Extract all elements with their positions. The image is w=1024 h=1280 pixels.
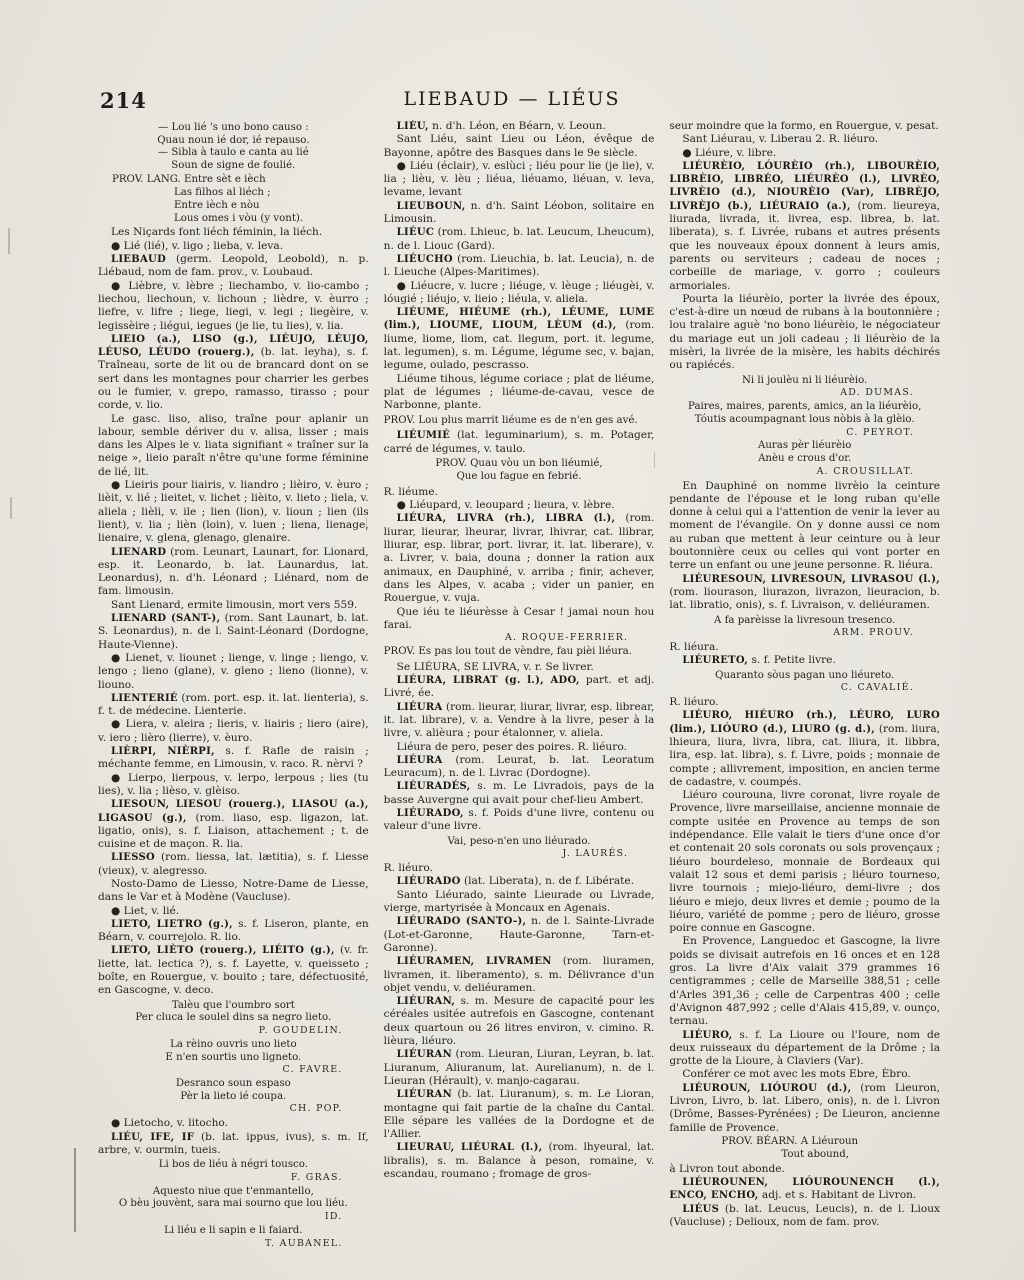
verse-quote: — Lou lié 's uno bono causo : Quau noun … <box>98 122 369 173</box>
cross-reference-paragraph: ● Liéucre, v. lucre ; liéuge, v. lèuge ;… <box>384 280 655 307</box>
cross-reference-paragraph: ● Lieiris pour liairis, v. liandro ; liè… <box>98 479 369 545</box>
headword: LIÉUS <box>682 1204 719 1215</box>
dictionary-entry: LIÉURAN (rom. Lieuran, Liuran, Leyran, b… <box>384 1048 655 1088</box>
quote-attribution: C. PEYROT. <box>669 427 940 439</box>
dictionary-entry: LIÉURA (rom. Leurat, b. lat. Leoratum Le… <box>384 754 655 781</box>
text-paragraph: En Dauphiné on nomme livrèio la ceinture… <box>669 480 940 573</box>
verse-quote: Li liéu e li sapin e li faiard. <box>98 1225 369 1238</box>
dictionary-entry: LIEUBOUN, n. d'h. Saint Léobon, solitair… <box>384 200 655 227</box>
headword: LIÉURADÉS, <box>397 781 471 792</box>
headword: LIEBAUD <box>111 254 166 265</box>
quote-attribution: C. CAVALIÉ. <box>669 682 940 694</box>
text-paragraph: Sant Liéurau, v. Liberau 2. R. liéuro. <box>669 133 940 146</box>
headword: LIÉURAMEN, LIVRAMEN <box>397 956 552 967</box>
scan-artifact <box>366 517 367 531</box>
dictionary-entry: LIEIO (a.), LISO (g.), LIÉUJO, LÉUJO, LÉ… <box>98 333 369 413</box>
headword: LIÉURAN <box>397 1089 452 1100</box>
cross-reference-paragraph: ● Liéu (éclair), v. eslùci ; liéu pour l… <box>384 160 655 200</box>
headword: LIÉUC <box>397 227 435 238</box>
quote-attribution: T. AUBANEL. <box>98 1238 369 1250</box>
running-header: 214 LIEBAUD — LIÉUS <box>0 88 1024 118</box>
headword: LIÉUCHO <box>397 254 453 265</box>
dictionary-entry: LIÉURA, LIBRAT (g. l.), ADO, part. et ad… <box>384 674 655 701</box>
verse-quote: Talèu que l'oumbro sort Per cluca le sou… <box>98 1000 369 1025</box>
headword: LIÉURA, LIVRA (rh.), LIBRA (l.), <box>397 513 616 524</box>
dictionary-entry: LIÉU, IFE, IF (b. lat. ippus, ivus), s. … <box>98 1131 369 1158</box>
dictionary-entry: LIESOUN, LIESOU (rouerg.), LIASOU (a.), … <box>98 798 369 851</box>
cross-reference-paragraph: ● Lietocho, v. litocho. <box>98 1117 369 1130</box>
text-columns: — Lou lié 's uno bono causo : Quau noun … <box>98 120 940 1270</box>
dictionary-entry: LIETO, LIETRO (g.), s. f. Liseron, plant… <box>98 918 369 945</box>
dictionary-entry: LIÉURADO, s. f. Poids d'une livre, conte… <box>384 807 655 834</box>
headword: LIÉURA <box>397 755 443 766</box>
dictionary-entry: LIÉURA (rom. lieurar, liurar, livrar, es… <box>384 701 655 741</box>
dictionary-entry: LIÉURO, HIÉURO (rh.), LÉURO, LURO (lim.)… <box>669 709 940 789</box>
continuation-paragraph: seur moindre que la formo, en Rouergue, … <box>669 120 940 133</box>
cross-reference-paragraph: ● Liéure, v. libre. <box>669 147 940 160</box>
dictionary-entry: LIEBAUD (germ. Leopold, Leobold), n. p. … <box>98 253 369 280</box>
text-paragraph: Les Niçards font liéch féminin, la liéch… <box>98 226 369 239</box>
etymology-reference: R. liéuro. <box>669 696 940 709</box>
quote-attribution: A. CROUSILLAT. <box>669 466 940 478</box>
dictionary-entry: LIÈRPI, NIÈRPI, s. f. Rafle de raisin ; … <box>98 745 369 772</box>
headword: LIÉURESOUN, LIVRESOUN, LIVRASOU (l.), <box>682 574 940 585</box>
cross-reference-paragraph: ● Lièbre, v. lèbre ; liechambo, v. lio-c… <box>98 280 369 333</box>
verse-quote: A fa parèisse la livresoun tresenco. <box>669 615 940 628</box>
headword: LIENARD (SANT-), <box>111 613 220 624</box>
dictionary-entry: LIÉUC (rom. Lhieuc, b. lat. Leucum, Lheu… <box>384 226 655 253</box>
proverb: PROV. Es pas lou tout de vèndre, fau piè… <box>384 646 655 659</box>
etymology-reference: R. liéuro. <box>384 862 655 875</box>
proverb-bearn: PROV. BÉARN. A Liéuroun Tout abound, <box>669 1136 940 1162</box>
verse-quote: Desranco soun espaso Pèr la lieto ié cou… <box>98 1078 369 1103</box>
dictionary-entry: LIÉUROUNEN, LIÓUROUNENCH (l.), ENCO, ENC… <box>669 1176 940 1203</box>
headword: LIÉURO, HIÉURO (rh.), LÉURO, LURO (lim.)… <box>669 710 940 734</box>
verse-quote: Quaranto sòus pagan uno liéureto. <box>669 670 940 683</box>
scan-artifact <box>8 228 10 254</box>
dictionary-entry: LIENARD (SANT-), (rom. Sant Launart, b. … <box>98 612 369 652</box>
cross-reference-paragraph: ● Lierpo, lierpous, v. lerpo, lerpous ; … <box>98 772 369 799</box>
headword: LIÉURADO (SANTO-), <box>397 916 527 927</box>
headword: LIÉUMIÉ <box>397 430 451 441</box>
quote-attribution: CH. POP. <box>98 1103 369 1115</box>
text-paragraph: Liéuro courouna, livre coronat, livre ro… <box>669 789 940 935</box>
page-number: 214 <box>100 88 147 113</box>
headword: LIÉU, IFE, IF <box>111 1132 194 1143</box>
page-title: LIEBAUD — LIÉUS <box>0 88 1024 110</box>
dictionary-entry: LIETO, LIÈTO (rouerg.), LIÉITO (g.), (v.… <box>98 944 369 997</box>
dictionary-entry: LIÉURAN, s. m. Mesure de capacité pour l… <box>384 995 655 1048</box>
scan-artifact <box>10 497 12 519</box>
dictionary-entry: LIÉURESOUN, LIVRESOUN, LIVRASOU (l.), (r… <box>669 573 940 613</box>
dictionary-entry: LIÉU, n. d'h. Léon, en Béarn, v. Leoun. <box>384 120 655 133</box>
text-paragraph: Que iéu te liéurèsse à Cesar ! jamai nou… <box>384 606 655 633</box>
dictionary-entry: LIÉURAN (b. lat. Liuranum), s. m. Le Lio… <box>384 1088 655 1141</box>
text-paragraph: Santo Liéurado, sainte Lieurade ou Livra… <box>384 889 655 916</box>
headword: LIETO, LIÈTO (rouerg.), LIÉITO (g.), <box>111 945 335 956</box>
headword: LIÉURETO, <box>682 655 748 666</box>
text-paragraph: Liéura de pero, peser des poires. R. lié… <box>384 741 655 754</box>
scan-artifact <box>654 452 655 468</box>
dictionary-entry: LIÉURETO, s. f. Petite livre. <box>669 654 940 667</box>
headword: LIÈRPI, NIÈRPI, <box>111 746 215 757</box>
quote-attribution: ARM. PROUV. <box>669 627 940 639</box>
headword: LIESSO <box>111 852 155 863</box>
headword: LIÉURAN <box>397 1049 452 1060</box>
cross-reference-paragraph: ● Lienet, v. liounet ; lienge, v. linge … <box>98 652 369 692</box>
proverb: PROV. Lou plus marrit liéume es de n'en … <box>384 415 655 428</box>
verse-quote: Ni li joulèu ni li liéurèio. <box>669 375 940 388</box>
headword: LIÉU, <box>397 121 429 132</box>
headword: LIENARD <box>111 547 166 558</box>
headword: LIÉUME, HIÉUME (rh.), LÉUME, LUME (lim.)… <box>384 307 655 331</box>
headword: LIÉURADO, <box>397 808 464 819</box>
headword: LIÉURAN, <box>397 996 456 1007</box>
dictionary-entry: LIÉUCHO (rom. Lieuchia, b. lat. Leucia),… <box>384 253 655 280</box>
dictionary-entry: LIÉURADO (lat. Liberata), n. de f. Libér… <box>384 875 655 888</box>
text-paragraph: Conférer ce mot avec les mots Ebre, Èbro… <box>669 1068 940 1081</box>
headword: LIÉURADO <box>397 876 461 887</box>
dictionary-entry: LIÉURADO (SANTO-), n. de l. Sainte-Livra… <box>384 915 655 955</box>
dictionary-entry: LIÉURAMEN, LIVRAMEN (rom. liuramen, livr… <box>384 955 655 995</box>
cross-reference-paragraph: ● Liet, v. lié. <box>98 905 369 918</box>
etymology-reference: R. liéura. <box>669 641 940 654</box>
quote-attribution: A. ROQUE-FERRIER. <box>384 632 655 644</box>
dictionary-entry: LIÉURADÉS, s. m. Le Livradois, pays de l… <box>384 780 655 807</box>
continuation-paragraph: à Livron tout abonde. <box>669 1163 940 1176</box>
verse-quote: La rèino ouvris uno lieto E n'en sourtis… <box>98 1039 369 1064</box>
headword: LIÉUROUN, LIÓUROU (d.), <box>682 1083 851 1094</box>
quote-attribution: C. FAVRE. <box>98 1064 369 1076</box>
headword: LIÉUROUNEN, LIÓUROUNENCH (l.), ENCO, ENC… <box>669 1177 940 1201</box>
dictionary-page: 214 LIEBAUD — LIÉUS — Lou lié 's uno bon… <box>0 0 1024 1280</box>
dictionary-entry: LIÉURÈIO, LÓURÈIO (rh.), LIBOURÈIO, LIBR… <box>669 160 940 293</box>
text-paragraph: Pourta la liéurèio, porter la livrée des… <box>669 293 940 373</box>
text-paragraph: Nosto-Damo de Liesso, Notre-Dame de Lies… <box>98 878 369 905</box>
text-paragraph: Se LIÉURA, SE LIVRA, v. r. Se livrer. <box>384 661 655 674</box>
dictionary-entry: LIÉURO, s. f. La Lioure ou l'Ioure, nom … <box>669 1029 940 1069</box>
quote-attribution: F. GRAS. <box>98 1172 369 1184</box>
text-paragraph: Sant Liéu, saint Lieu ou Léon, évêque de… <box>384 133 655 160</box>
dictionary-entry: LIÉUMIÉ (lat. leguminarium), s. m. Potag… <box>384 429 655 456</box>
dictionary-entry: LIÉUME, HIÉUME (rh.), LÉUME, LUME (lim.)… <box>384 306 655 372</box>
verse-quote: Li bos de liéu à négri tousco. <box>98 1159 369 1172</box>
dictionary-entry: LIÉURA, LIVRA (rh.), LIBRA (l.), (rom. l… <box>384 512 655 605</box>
text-paragraph: Liéume tihous, légume coriace ; plat de … <box>384 373 655 413</box>
dictionary-entry: LIEURAU, LIÉURAL (l.), (rom. lhyeural, l… <box>384 1141 655 1181</box>
headword: LIEURAU, LIÉURAL (l.), <box>397 1142 543 1153</box>
headword: LIESOUN, LIESOU (rouerg.), LIASOU (a.), … <box>98 799 369 823</box>
proverb-centered: PROV. Quau vòu un bon liéumié, Que lou f… <box>384 458 655 484</box>
dictionary-entry: LIENARD (rom. Leunart, Launart, for. Lio… <box>98 546 369 599</box>
verse-quote: Vai, peso-n'en uno liéurado. <box>384 836 655 849</box>
headword: LIETO, LIETRO (g.), <box>111 919 233 930</box>
column-left: — Lou lié 's uno bono causo : Quau noun … <box>98 120 369 1270</box>
headword: LIÉURO, <box>682 1030 732 1041</box>
verse-quote: Paires, maires, parents, amics, an la li… <box>669 401 940 426</box>
dictionary-entry: LIÉUROUN, LIÓUROU (d.), (rom Lieuron, Li… <box>669 1082 940 1135</box>
cross-reference-paragraph: ● Liera, v. aleira ; lieris, v. liairis … <box>98 718 369 745</box>
dictionary-entry: LIÉUS (b. lat. Leucus, Leucis), n. de l.… <box>669 1203 940 1230</box>
text-paragraph: Sant Lienard, ermite limousin, mort vers… <box>98 599 369 612</box>
headword: LIÉURA, LIBRAT (g. l.), ADO, <box>397 675 580 686</box>
cross-reference-paragraph: ● Liéupard, v. leoupard ; lieura, v. lèb… <box>384 499 655 512</box>
dictionary-entry: LIENTERIÉ (rom. port. esp. it. lat. lien… <box>98 692 369 719</box>
cross-reference-paragraph: ● Lié (lié), v. ligo ; lieba, v. leva. <box>98 240 369 253</box>
text-paragraph: Le gasc. liso, aliso, traîne pour aplani… <box>98 413 369 479</box>
dictionary-entry: LIESSO (rom. liessa, lat. lætitia), s. f… <box>98 851 369 878</box>
quote-attribution: ID. <box>98 1211 369 1223</box>
column-right: seur moindre que la formo, en Rouergue, … <box>669 120 940 1270</box>
text-paragraph: En Provence, Languedoc et Gascogne, la l… <box>669 935 940 1028</box>
headword: LIENTERIÉ <box>111 693 178 704</box>
proverb-languedoc: PROV. LANG. Entre sèt e ièch Las filhos … <box>98 174 369 226</box>
verse-quote: Auras pèr liéurèio Anèu e crous d'or. <box>669 440 940 465</box>
quote-attribution: P. GOUDELIN. <box>98 1025 369 1037</box>
headword: LIEUBOUN, <box>397 201 466 212</box>
etymology-reference: R. liéume. <box>384 486 655 499</box>
headword: LIÉURÈIO, LÓURÈIO (rh.), LIBOURÈIO, LIBR… <box>669 161 940 212</box>
headword: LIÉURA <box>397 702 443 713</box>
verse-quote: Aquesto niue que t'enmantello, O bèu jou… <box>98 1186 369 1211</box>
scan-artifact <box>74 1148 76 1232</box>
quote-attribution: AD. DUMAS. <box>669 387 940 399</box>
quote-attribution: J. LAURÉS. <box>384 848 655 860</box>
column-middle: LIÉU, n. d'h. Léon, en Béarn, v. Leoun.S… <box>384 120 655 1270</box>
headword: LIEIO (a.), LISO (g.), LIÉUJO, LÉUJO, LÉ… <box>98 334 369 358</box>
